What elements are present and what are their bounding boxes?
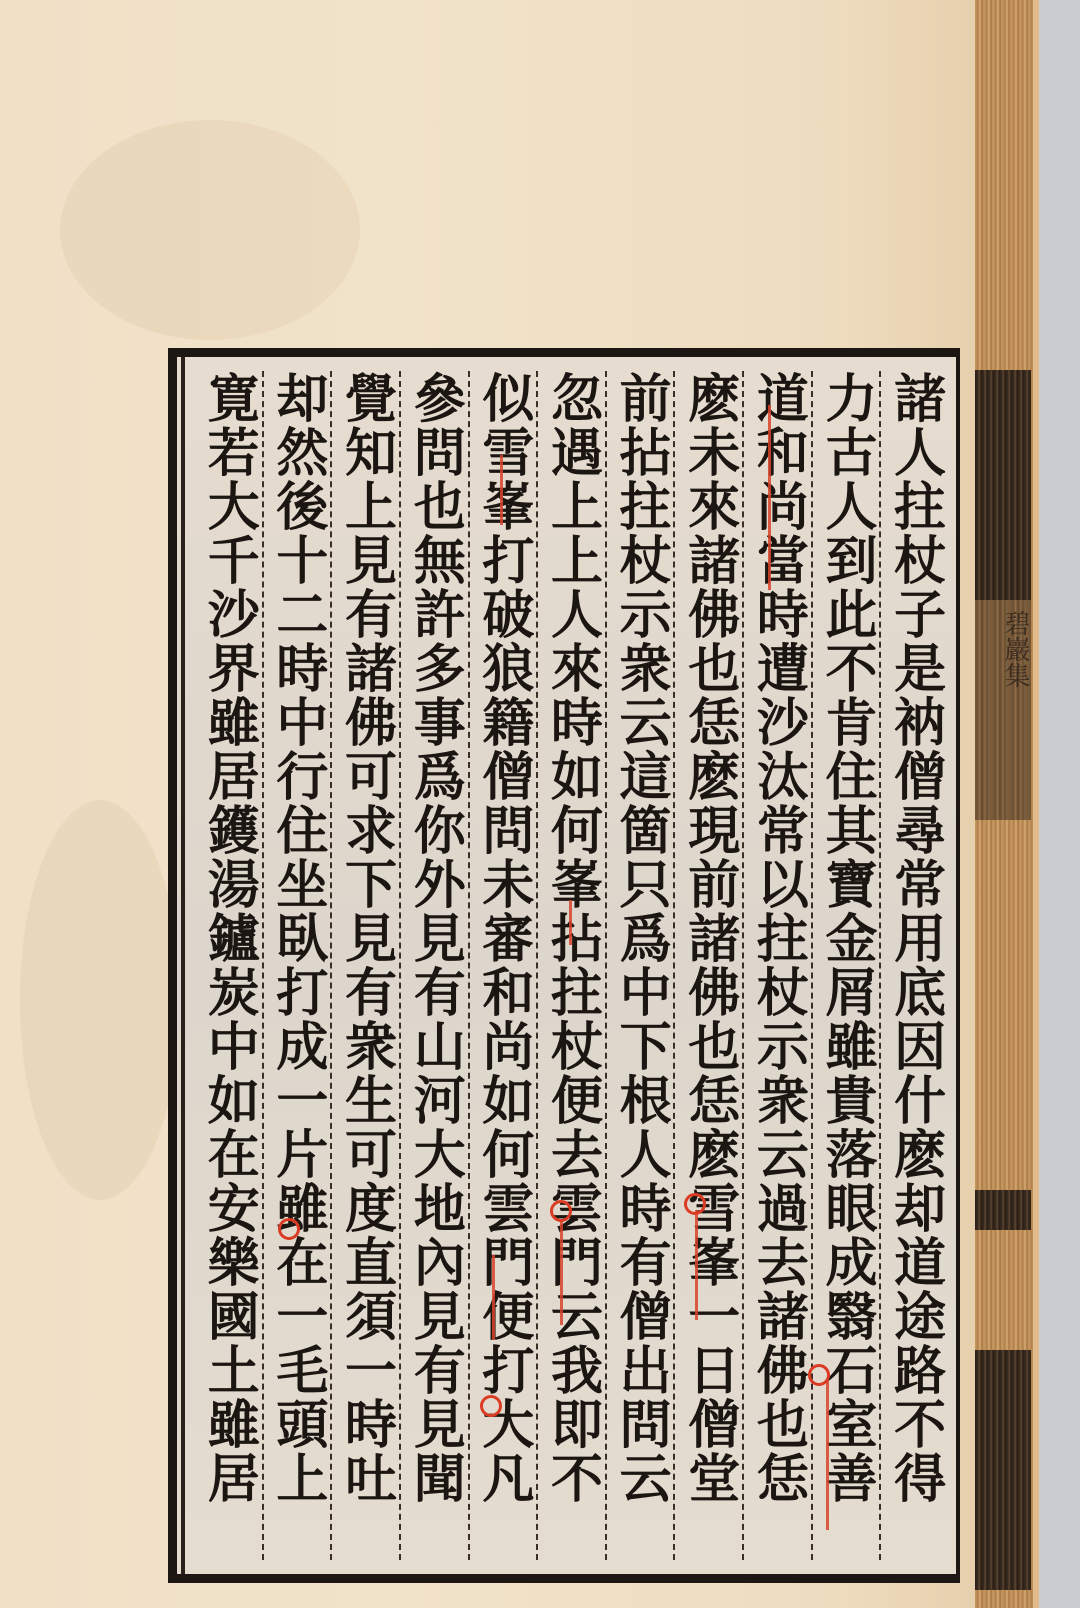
red-underline-mark: [569, 900, 572, 945]
red-underline-mark: [768, 405, 771, 590]
red-circle-mark: [808, 1364, 830, 1386]
text-column-1: 諸人拄杖子是衲僧尋常用底因什麽却道途路不得: [879, 371, 948, 1560]
text-column-8: 參問也無許多事爲你外見有山河大地內見有見聞: [399, 371, 468, 1560]
column-text: 諸人拄杖子是衲僧尋常用底因什麽却道途路不得: [882, 371, 948, 1560]
red-underline-mark: [826, 1380, 829, 1530]
fore-edge-ink-block: [975, 1190, 1031, 1230]
red-underline-mark: [695, 1210, 698, 1320]
text-column-9: 覺知上見有諸佛可求下見有衆生可度直須一時吐: [330, 371, 399, 1560]
column-text: 前拈拄杖示衆云這箇只爲中下根人時有僧出問云: [607, 371, 673, 1560]
column-text: 麽未來諸佛也恁麽現前諸佛也恁麽雪峯一日僧堂: [676, 371, 742, 1560]
red-circle-mark: [278, 1218, 300, 1240]
red-underline-mark: [492, 1255, 495, 1340]
text-column-10: 却然後十二時中行住坐臥打成一片雖在一毛頭上: [262, 371, 331, 1560]
text-column-3: 道和尚當時遭沙汰常以拄杖示衆云過去諸佛也恁: [742, 371, 811, 1560]
text-column-5: 前拈拄杖示衆云這箇只爲中下根人時有僧出問云: [605, 371, 674, 1560]
red-circle-mark: [684, 1193, 706, 1215]
column-text: 似雪峯打破狼籍僧問未審和尚如何雲門便打大凡: [470, 371, 536, 1560]
text-columns: 諸人拄杖子是衲僧尋常用底因什麽却道途路不得 力古人到此不肯住其寶金屑雖貴落眼成翳…: [195, 371, 948, 1560]
page-edge-highlight: [1033, 0, 1039, 1608]
column-text: 道和尚當時遭沙汰常以拄杖示衆云過去諸佛也恁: [744, 371, 810, 1560]
column-text: 覺知上見有諸佛可求下見有衆生可度直須一時吐: [333, 371, 399, 1560]
column-text: 參問也無許多事爲你外見有山河大地內見有見聞: [401, 371, 467, 1560]
red-underline-mark: [500, 455, 503, 525]
column-text: 寛若大千沙界雖居鑊湯鑪炭中如在安樂國土雖居: [195, 371, 261, 1560]
red-circle-mark: [480, 1395, 502, 1417]
red-underline-mark: [560, 1220, 563, 1325]
text-column-11: 寛若大千沙界雖居鑊湯鑪炭中如在安樂國土雖居: [195, 371, 262, 1560]
text-column-6: 忽遇上上人來時如何峯拈拄杖便去雲門云我即不: [536, 371, 605, 1560]
column-text: 却然後十二時中行住坐臥打成一片雖在一毛頭上: [264, 371, 330, 1560]
text-column-4: 麽未來諸佛也恁麽現前諸佛也恁麽雪峯一日僧堂: [673, 371, 742, 1560]
red-circle-mark: [550, 1200, 572, 1222]
fore-edge-ink-block: [975, 1350, 1031, 1590]
text-column-7: 似雪峯打破狼籍僧問未審和尚如何雲門便打大凡: [468, 371, 537, 1560]
column-text: 忽遇上上人來時如何峯拈拄杖便去雲門云我即不: [538, 371, 604, 1560]
paper-stain: [20, 800, 180, 1200]
print-frame: 諸人拄杖子是衲僧尋常用底因什麽却道途路不得 力古人到此不肯住其寶金屑雖貴落眼成翳…: [168, 348, 960, 1583]
fore-edge-ink-block: [975, 370, 1031, 600]
paper-stain: [60, 120, 360, 340]
